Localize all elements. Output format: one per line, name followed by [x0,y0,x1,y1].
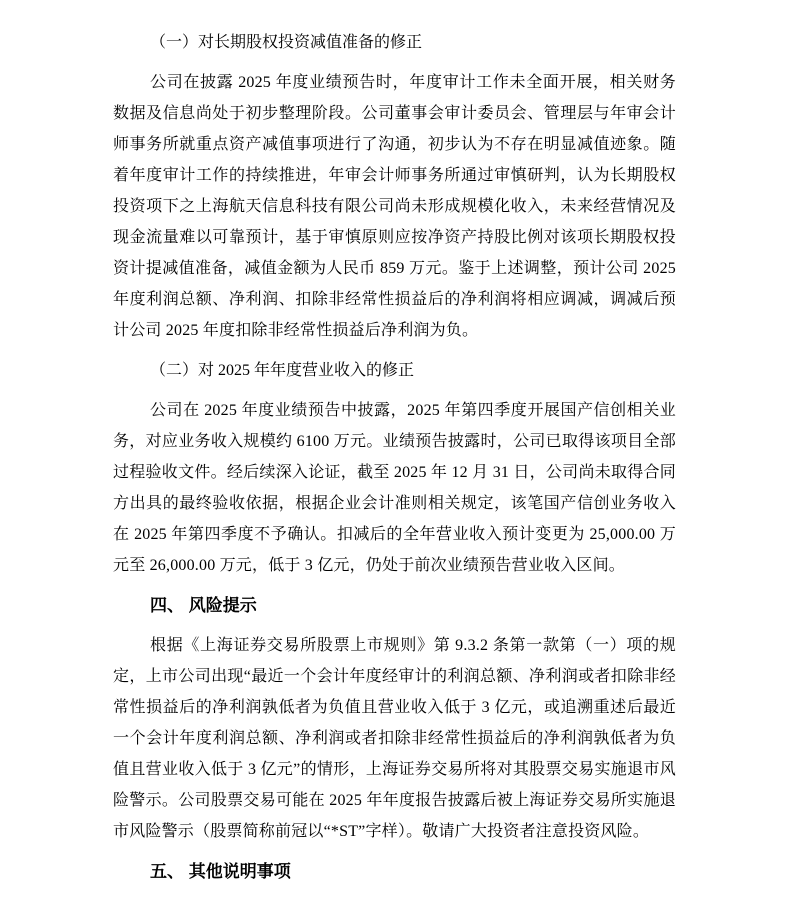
section-heading-other-matters: 五、 其他说明事项 [113,856,676,887]
section-heading-risk-warning: 四、 风险提示 [113,590,676,621]
paragraph-revenue-correction: 公司在 2025 年度业绩预告中披露，2025 年第四季度开展国产信创相关业务，… [113,395,676,581]
paragraph-risk-warning: 根据《上海证券交易所股票上市规则》第 9.3.2 条第一款第（一）项的规定，上市… [113,630,676,847]
paragraph-impairment-correction: 公司在披露 2025 年度业绩预告时，年度审计工作未全面开展，相关财务数据及信息… [113,67,676,346]
section-subheading-revenue-correction: （二）对 2025 年年度营业收入的修正 [113,355,676,386]
section-subheading-impairment-correction: （一）对长期股权投资减值准备的修正 [113,27,676,58]
announcement-document-page: （一）对长期股权投资减值准备的修正 公司在披露 2025 年度业绩预告时，年度审… [0,0,789,921]
